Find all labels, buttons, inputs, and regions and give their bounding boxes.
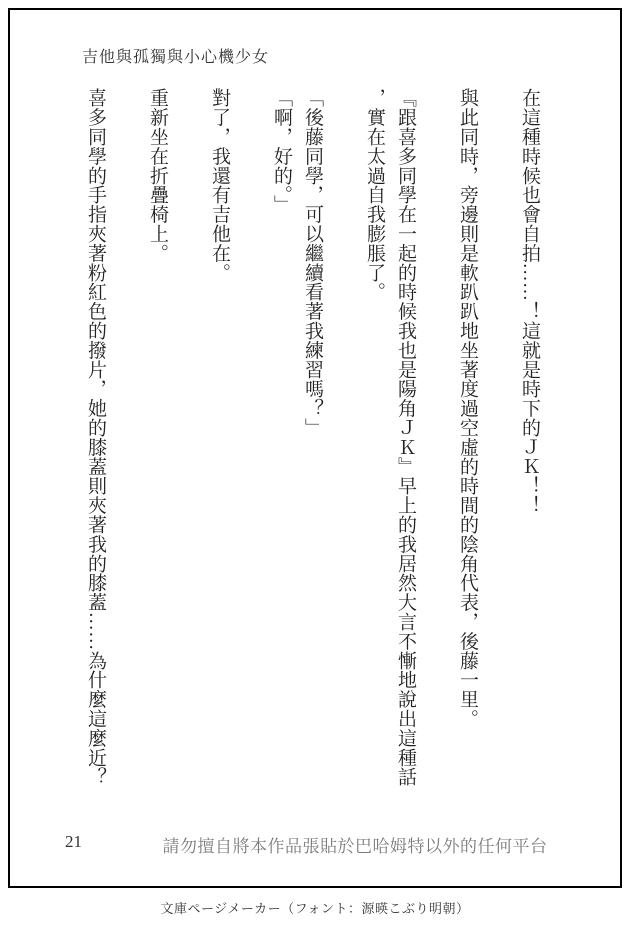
- generator-credit: 文庫ページメーカー（フォント：源暎こぶり明朝）: [0, 898, 630, 917]
- paragraph: 重新坐在折疊椅上。: [142, 88, 173, 788]
- text-line: 「後藤同學，可以繼續看著我練習嗎？」: [297, 88, 328, 788]
- page-number: 21: [65, 832, 82, 852]
- text-line: 在這種時候也會自拍……！這就是時下的ＪＫ！！: [514, 88, 545, 788]
- text-line: ，實在太過自我膨脹了。: [359, 88, 390, 788]
- text-line: 「啊，好的。」: [266, 88, 297, 788]
- text-line: 喜多同學的手指夾著粉紅色的撥片，她的膝蓋則夾著我的膝蓋……為什麼這麼近？: [80, 88, 111, 788]
- paragraph: 喜多同學的手指夾著粉紅色的撥片，她的膝蓋則夾著我的膝蓋……為什麼這麼近？: [80, 88, 111, 788]
- page-frame: 吉他與孤獨與小心機少女 在這種時候也會自拍……！這就是時下的ＪＫ！！與此同時，旁…: [8, 8, 622, 888]
- paragraph: 在這種時候也會自拍……！這就是時下的ＪＫ！！: [514, 88, 545, 788]
- text-line: 重新坐在折疊椅上。: [142, 88, 173, 788]
- text-line: 『跟喜多同學在一起的時候我也是陽角ＪＫ』早上的我居然大言不慚地說出這種話: [390, 88, 421, 788]
- paragraph: 「後藤同學，可以繼續看著我練習嗎？」「啊，好的。」: [266, 88, 328, 788]
- paragraph: 與此同時，旁邊則是軟趴趴地坐著度過空虛的時間的陰角代表，後藤一里。: [452, 88, 483, 788]
- vertical-text-block: 在這種時候也會自拍……！這就是時下的ＪＫ！！與此同時，旁邊則是軟趴趴地坐著度過空…: [80, 88, 545, 788]
- text-line: 對了，我還有吉他在。: [204, 88, 235, 788]
- disclaimer-text: 請勿擅自將本作品張貼於巴哈姆特以外的任何平台: [163, 832, 548, 857]
- page-title: 吉他與孤獨與小心機少女: [82, 44, 269, 67]
- paragraph: 對了，我還有吉他在。: [204, 88, 235, 788]
- paragraph: 『跟喜多同學在一起的時候我也是陽角ＪＫ』早上的我居然大言不慚地說出這種話，實在太…: [359, 88, 421, 788]
- text-line: 與此同時，旁邊則是軟趴趴地坐著度過空虛的時間的陰角代表，後藤一里。: [452, 88, 483, 788]
